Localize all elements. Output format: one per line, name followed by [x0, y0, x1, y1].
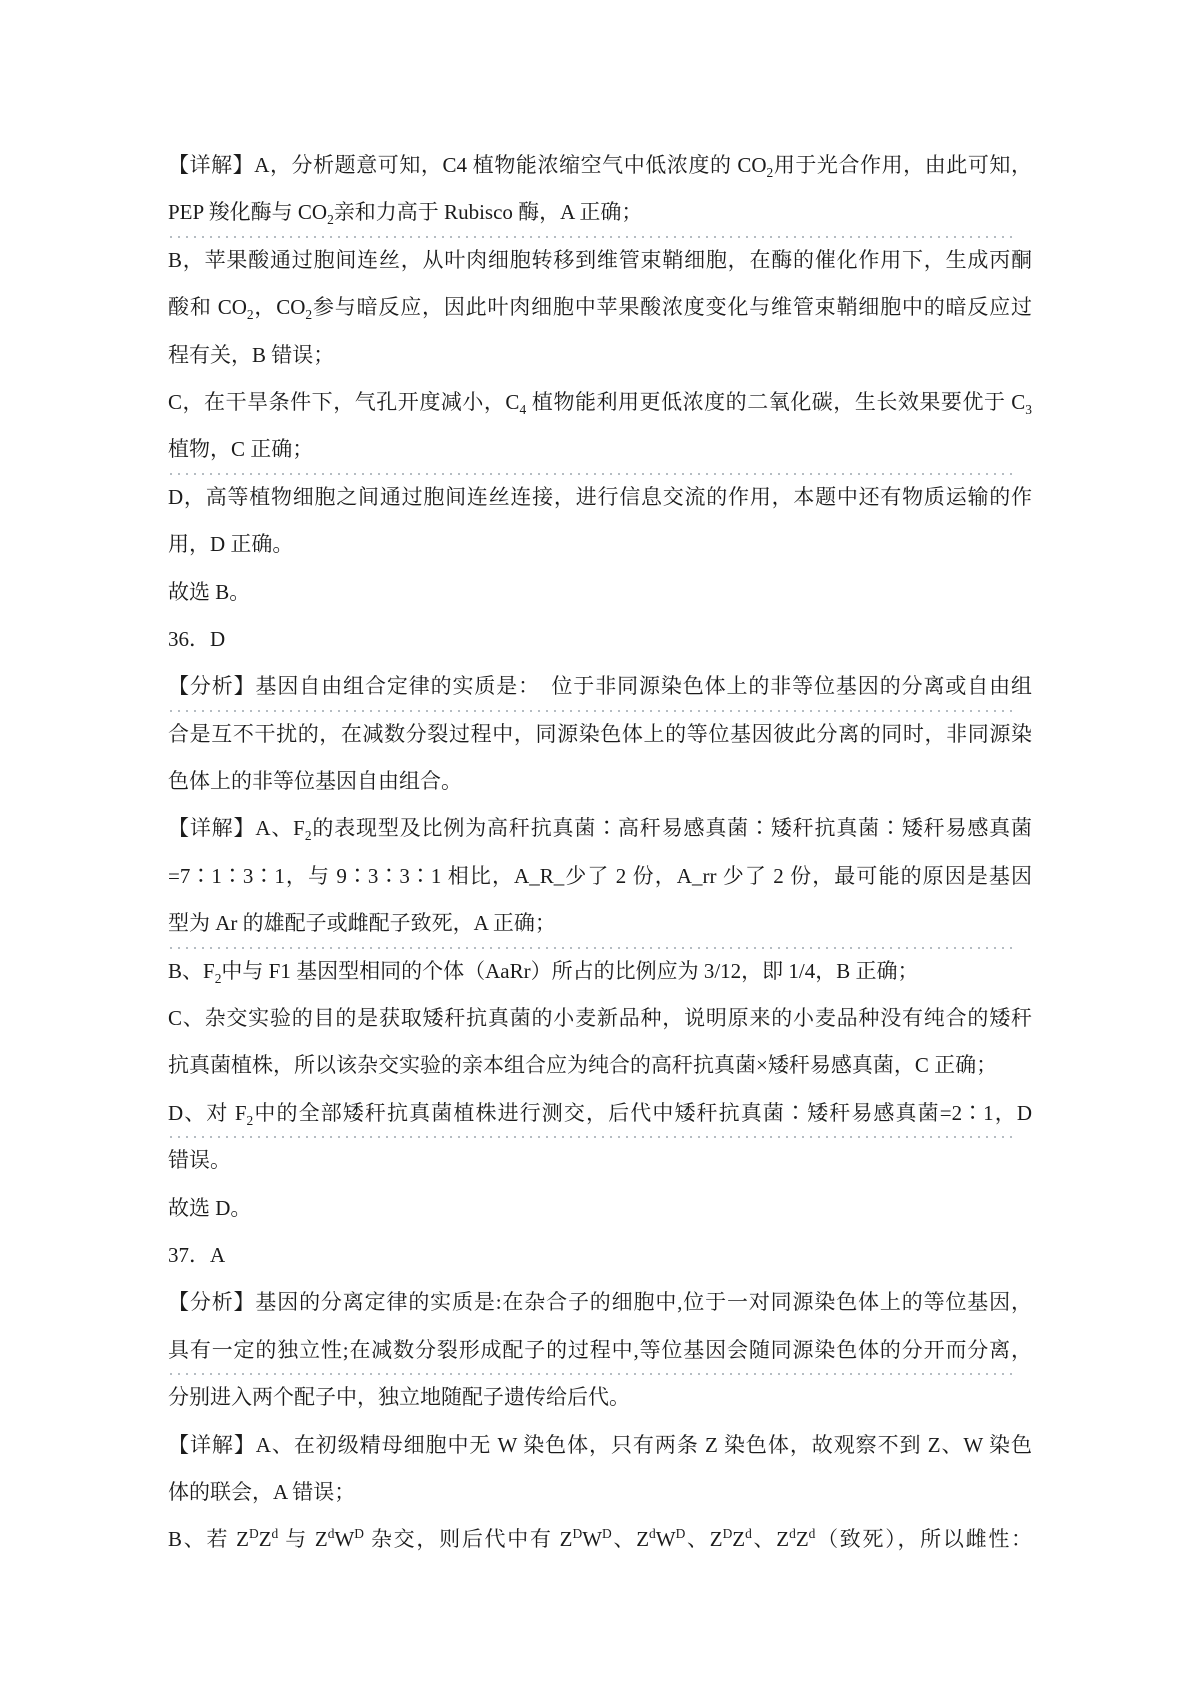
text-segment: 中与 F1 基因型相同的个体（AaRr）所占的比例应为 3/12，即 1/4，B…	[221, 959, 918, 983]
subscript: 2	[247, 307, 254, 322]
text-segment: 与 Z	[278, 1527, 327, 1551]
final-choice-q35: 故选 B。	[168, 569, 1032, 616]
superscript: D	[573, 1526, 583, 1541]
text-line: C，在干旱条件下，气孔开度减小，C4 植物能利用更低浓度的二氧化碳，生长效果要优…	[168, 379, 1032, 426]
text-segment: 分别进入两个配子中，独立地随配子遗传给后代。	[168, 1385, 630, 1409]
text-line: 植物，C 正确；	[168, 426, 1032, 473]
text-segment: 【详解】A，分析题意可知，C4 植物能浓缩空气中低浓度的 CO	[168, 153, 767, 177]
text-segment: 用，D 正确。	[168, 532, 293, 556]
text-segment: C，在干旱条件下，气孔开度减小，C	[168, 390, 519, 414]
superscript: D	[249, 1526, 259, 1541]
text-segment: 杂交，则后代中有 Z	[364, 1527, 573, 1551]
answer-text: 【详解】A，分析题意可知，C4 植物能浓缩空气中低浓度的 CO2用于光合作用，由…	[168, 142, 1032, 1564]
text-segment: ，CO	[254, 295, 306, 319]
text-line: 色体上的非等位基因自由组合。	[168, 758, 1032, 805]
text-segment: 亲和力高于 Rubisco 酶，A 正确；	[334, 200, 643, 224]
text-segment: B、若 Z	[168, 1527, 249, 1551]
text-line: B，苹果酸通过胞间连丝，从叶肉细胞转移到维管束鞘细胞，在酶的催化作用下，生成丙酮	[168, 237, 1032, 284]
text-segment: 【详解】A、F	[168, 816, 305, 840]
text-segment: 37．A	[168, 1243, 225, 1267]
text-segment: 程有关，B 错误；	[168, 343, 334, 367]
text-line: 型为 Ar 的雄配子或雌配子致死，A 正确；	[168, 900, 1032, 947]
text-segment: Z	[259, 1527, 272, 1551]
question-37-answer: 37．A	[168, 1232, 1032, 1279]
text-line: 抗真菌植株，所以该杂交实验的亲本组合应为纯合的高秆抗真菌×矮秆易感真菌，C 正确…	[168, 1042, 1032, 1089]
text-line: 体的联会，A 错误；	[168, 1469, 1032, 1516]
text-segment: 型为 Ar 的雄配子或雌配子致死，A 正确；	[168, 911, 556, 935]
text-line: 【详解】A、在初级精母细胞中无 W 染色体，只有两条 Z 染色体，故观察不到 Z…	[168, 1422, 1032, 1469]
text-line: 酸和 CO2，CO2参与暗反应，因此叶肉细胞中苹果酸浓度变化与维管束鞘细胞中的暗…	[168, 284, 1032, 331]
subscript: 2	[327, 213, 334, 228]
text-line: 【分析】基因的分离定律的实质是:在杂合子的细胞中,位于一对同源染色体上的等位基因…	[168, 1279, 1032, 1326]
superscript: d	[745, 1526, 752, 1541]
superscript: D	[602, 1526, 612, 1541]
superscript: D	[354, 1526, 364, 1541]
text-segment: 合是互不干扰的，在减数分裂过程中，同源染色体上的等位基因彼此分离的同时，非同源染	[168, 722, 1032, 746]
text-line: C、杂交实验的目的是获取矮秆抗真菌的小麦新品种，说明原来的小麦品种没有纯合的矮秆	[168, 995, 1032, 1042]
text-segment: 用于光合作用，由此可知，	[773, 153, 1032, 177]
text-segment: 色体上的非等位基因自由组合。	[168, 769, 462, 793]
text-segment: 具有一定的独立性;在减数分裂形成配子的过程中,等位基因会随同源染色体的分开而分离…	[168, 1338, 1032, 1362]
superscript: d	[789, 1526, 796, 1541]
subscript: 3	[1025, 402, 1032, 417]
superscript: d	[649, 1526, 656, 1541]
text-segment: 中的全部矮秆抗真菌植株进行测交，后代中矮秆抗真菌∶矮秆易感真菌=2∶1，D	[253, 1101, 1032, 1125]
text-segment: W	[334, 1527, 354, 1551]
text-segment: 、Z	[685, 1527, 722, 1551]
text-segment: 抗真菌植株，所以该杂交实验的亲本组合应为纯合的高秆抗真菌×矮秆易感真菌，C 正确…	[168, 1053, 997, 1077]
text-segment: 故选 B。	[168, 580, 250, 604]
subscript: 2	[305, 829, 312, 844]
text-segment: B、F	[168, 959, 215, 983]
text-segment: 错误。	[168, 1148, 231, 1172]
text-line: D、对 F2中的全部矮秆抗真菌植株进行测交，后代中矮秆抗真菌∶矮秆易感真菌=2∶…	[168, 1090, 1032, 1137]
text-segment: 、Z	[612, 1527, 649, 1551]
text-line: D，高等植物细胞之间通过胞间连丝连接，进行信息交流的作用，本题中还有物质运输的作	[168, 474, 1032, 521]
text-segment: B，苹果酸通过胞间连丝，从叶肉细胞转移到维管束鞘细胞，在酶的催化作用下，生成丙酮	[168, 248, 1032, 272]
text-segment: D、对 F	[168, 1101, 247, 1125]
text-segment: 植物，C 正确；	[168, 437, 313, 461]
text-segment: （致死），所以雌性：	[815, 1527, 1032, 1551]
text-segment: C、杂交实验的目的是获取矮秆抗真菌的小麦新品种，说明原来的小麦品种没有纯合的矮秆	[168, 1006, 1032, 1030]
text-line: 【详解】A、F2的表现型及比例为高秆抗真菌∶高秆易感真菌∶矮秆抗真菌∶矮秆易感真…	[168, 805, 1032, 852]
superscript: D	[676, 1526, 686, 1541]
text-segment: W	[656, 1527, 676, 1551]
text-line: 分别进入两个配子中，独立地随配子遗传给后代。	[168, 1374, 1032, 1421]
text-segment: Z	[796, 1527, 809, 1551]
text-segment: 的表现型及比例为高秆抗真菌∶高秆易感真菌∶矮秆抗真菌∶矮秆易感真菌	[312, 816, 1032, 840]
text-segment: 体的联会，A 错误；	[168, 1480, 355, 1504]
text-segment: 36．D	[168, 627, 225, 651]
text-segment: PEP 羧化酶与 CO	[168, 200, 327, 224]
text-segment: 植物能利用更低浓度的二氧化碳，生长效果要优于 C	[526, 390, 1025, 414]
text-segment: 【详解】A、在初级精母细胞中无 W 染色体，只有两条 Z 染色体，故观察不到 Z…	[168, 1433, 1032, 1457]
text-segment: 参与暗反应，因此叶肉细胞中苹果酸浓度变化与维管束鞘细胞中的暗反应过	[312, 295, 1032, 319]
answer-sheet-page: 【详解】A，分析题意可知，C4 植物能浓缩空气中低浓度的 CO2用于光合作用，由…	[0, 0, 1200, 1698]
text-segment: 【分析】基因自由组合定律的实质是： 位于非同源染色体上的非等位基因的分离或自由组	[168, 674, 1032, 698]
question-36-answer: 36．D	[168, 616, 1032, 663]
text-line: PEP 羧化酶与 CO2亲和力高于 Rubisco 酶，A 正确；	[168, 189, 1032, 236]
text-segment: 酸和 CO	[168, 295, 247, 319]
text-line: 错误。	[168, 1137, 1032, 1184]
text-line: 【分析】基因自由组合定律的实质是： 位于非同源染色体上的非等位基因的分离或自由组	[168, 663, 1032, 710]
text-line: =7∶1∶3∶1，与 9∶3∶3∶1 相比，A_R_少了 2 份，A_rr 少了…	[168, 853, 1032, 900]
text-line: 程有关，B 错误；	[168, 332, 1032, 379]
text-segment: =7∶1∶3∶1，与 9∶3∶3∶1 相比，A_R_少了 2 份，A_rr 少了…	[168, 864, 1032, 888]
text-segment: 、Z	[752, 1527, 789, 1551]
superscript: D	[723, 1526, 733, 1541]
text-segment: D，高等植物细胞之间通过胞间连丝连接，进行信息交流的作用，本题中还有物质运输的作	[168, 485, 1032, 509]
final-choice-q36: 故选 D。	[168, 1185, 1032, 1232]
text-line: 用，D 正确。	[168, 521, 1032, 568]
text-line: B、若 ZDZd 与 ZdWD 杂交，则后代中有 ZDWD、ZdWD、ZDZd、…	[168, 1516, 1032, 1563]
text-segment: W	[582, 1527, 602, 1551]
text-segment: 故选 D。	[168, 1196, 251, 1220]
text-line: B、F2中与 F1 基因型相同的个体（AaRr）所占的比例应为 3/12，即 1…	[168, 948, 1032, 995]
text-segment: 【分析】基因的分离定律的实质是:在杂合子的细胞中,位于一对同源染色体上的等位基因…	[168, 1290, 1032, 1314]
text-segment: Z	[732, 1527, 745, 1551]
text-line: 具有一定的独立性;在减数分裂形成配子的过程中,等位基因会随同源染色体的分开而分离…	[168, 1327, 1032, 1374]
text-line: 【详解】A，分析题意可知，C4 植物能浓缩空气中低浓度的 CO2用于光合作用，由…	[168, 142, 1032, 189]
text-line: 合是互不干扰的，在减数分裂过程中，同源染色体上的等位基因彼此分离的同时，非同源染	[168, 711, 1032, 758]
